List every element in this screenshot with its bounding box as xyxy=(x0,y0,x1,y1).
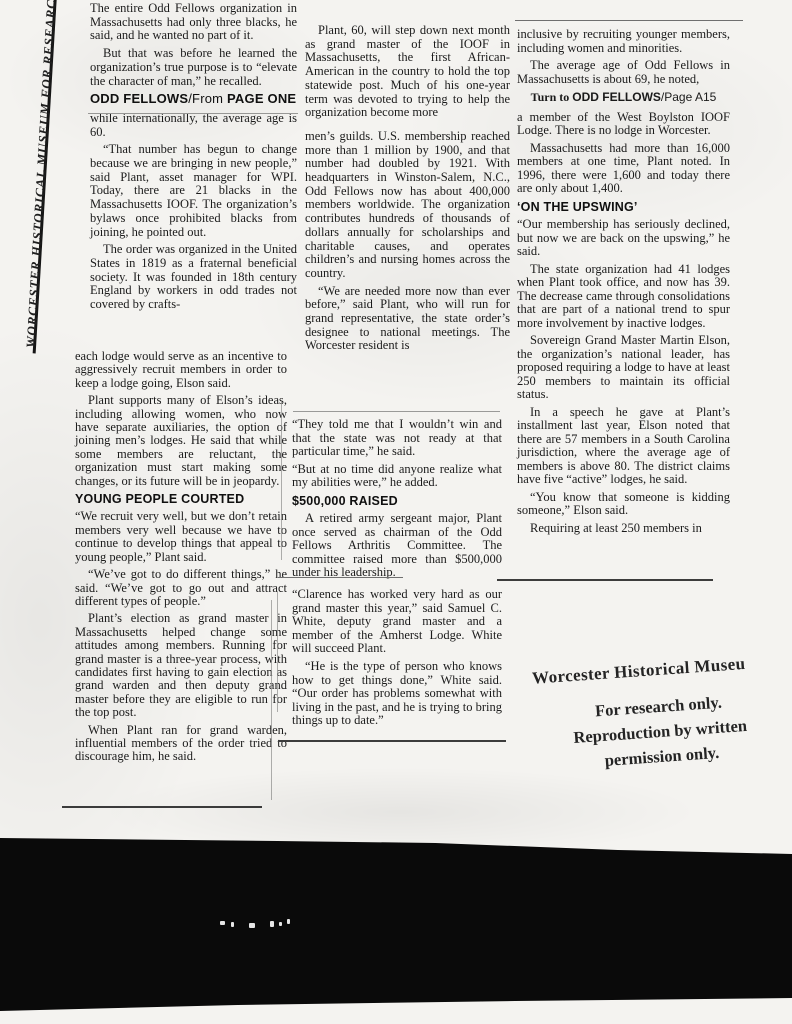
jump-header: ODD FELLOWS/From PAGE ONE xyxy=(90,92,297,106)
article-column-1-top: The entire Odd Fellows organization in M… xyxy=(90,2,297,316)
section-header-young-people: YOUNG PEOPLE COURTED xyxy=(75,493,287,506)
news-paragraph: In a speech he gave at Plant’s installme… xyxy=(517,406,730,487)
news-paragraph: “You know that someone is kidding someon… xyxy=(517,491,730,518)
news-paragraph: “That number has begun to change because… xyxy=(90,143,297,239)
news-paragraph: “We are needed more now than ever before… xyxy=(305,285,510,354)
section-header-on-the-upswing: ‘ON THE UPSWING’ xyxy=(517,201,730,215)
scan-speck xyxy=(270,921,274,927)
column-bottom-rule xyxy=(62,806,262,808)
article-column-2-low: “Clarence has worked very hard as our gr… xyxy=(292,588,502,732)
news-paragraph: men’s guilds. U.S. membership reached mo… xyxy=(305,130,510,281)
news-paragraph: Plant’s election as grand master in Mass… xyxy=(75,612,287,719)
news-paragraph: Sovereign Grand Master Martin Elson, the… xyxy=(517,334,730,402)
scan-speck xyxy=(279,922,282,926)
column-bottom-rule xyxy=(497,579,713,581)
jump-header-title: ODD FELLOWS xyxy=(90,91,188,106)
archive-stamp: Worcester Historical Museu For research … xyxy=(520,651,792,779)
news-paragraph: Plant, 60, will step down next month as … xyxy=(305,24,510,120)
article-column-3: inclusive by recruiting younger members,… xyxy=(517,28,730,539)
news-paragraph: inclusive by recruiting younger members,… xyxy=(517,28,730,55)
section-header-500000-raised: $500,000 RAISED xyxy=(292,495,502,509)
news-paragraph: The state organization had 41 lodges whe… xyxy=(517,263,730,331)
news-paragraph: Massachusetts had more than 16,000 membe… xyxy=(517,142,730,196)
column-bottom-rule xyxy=(278,740,506,742)
news-paragraph: “We recruit very well, but we don’t reta… xyxy=(75,510,287,564)
news-paragraph: Plant supports many of Elson’s ideas, in… xyxy=(75,394,287,488)
column-top-rule xyxy=(515,20,743,21)
news-paragraph: But that was before he learned the organ… xyxy=(90,47,297,88)
turn-to-line: Turn to ODD FELLOWS/Page A15 xyxy=(517,91,730,105)
news-paragraph: “Clarence has worked very hard as our gr… xyxy=(292,588,502,656)
section-rule xyxy=(293,411,500,412)
scan-speck xyxy=(231,922,234,927)
turn-to-page: /Page A15 xyxy=(661,90,716,104)
section-rule xyxy=(278,577,403,578)
news-paragraph: a member of the West Boylston IOOF Lodge… xyxy=(517,111,730,138)
turn-to-title: ODD FELLOWS xyxy=(572,90,661,104)
news-paragraph: “We’ve got to do different things,” he s… xyxy=(75,568,287,608)
news-paragraph: When Plant ran for grand warden, influen… xyxy=(75,724,287,764)
turn-to-prefix: Turn to xyxy=(531,90,573,104)
column-divider-line xyxy=(271,600,272,800)
stamp-museum-name: Worcester Historical Museu xyxy=(532,651,792,689)
news-paragraph: Requiring at least 250 members in xyxy=(517,522,730,536)
black-band-shape xyxy=(0,820,792,1020)
article-column-2-mid: “They told me that I wouldn’t win and th… xyxy=(292,418,502,584)
news-paragraph: while internationally, the average age i… xyxy=(90,112,297,139)
news-paragraph: “Our membership has seriously declined, … xyxy=(517,218,730,259)
scanned-newspaper-page: WORCESTER HISTORICAL MUSEUM FOR RESEARCH… xyxy=(0,0,792,1024)
article-column-1-mid: each lodge would serve as an incentive t… xyxy=(75,350,287,768)
news-paragraph: The average age of Odd Fellows in Massac… xyxy=(517,59,730,86)
archive-side-label: WORCESTER HISTORICAL MUSEUM FOR RESEARCH xyxy=(23,0,62,348)
scan-speck xyxy=(287,919,290,924)
news-paragraph: The entire Odd Fellows organization in M… xyxy=(90,2,297,43)
section-rule xyxy=(88,113,298,114)
jump-header-page: PAGE ONE xyxy=(227,91,296,106)
article-column-2-top: Plant, 60, will step down next month as … xyxy=(305,24,510,357)
news-paragraph: each lodge would serve as an incentive t… xyxy=(75,350,287,390)
news-paragraph: “He is the type of person who knows how … xyxy=(292,660,502,728)
stamp-notice: For research only. Reproduction by writt… xyxy=(522,685,792,779)
column-divider-line xyxy=(281,400,282,560)
jump-header-from: /From xyxy=(188,91,227,106)
scan-speck xyxy=(249,923,255,928)
column-divider-line xyxy=(277,592,278,712)
news-paragraph: “But at no time did anyone realize what … xyxy=(292,463,502,490)
news-paragraph: The order was organized in the United St… xyxy=(90,243,297,312)
scanner-black-band xyxy=(0,820,792,1020)
news-paragraph: “They told me that I wouldn’t win and th… xyxy=(292,418,502,459)
scan-speck xyxy=(220,921,225,925)
news-paragraph: A retired army sergeant major, Plant onc… xyxy=(292,512,502,580)
